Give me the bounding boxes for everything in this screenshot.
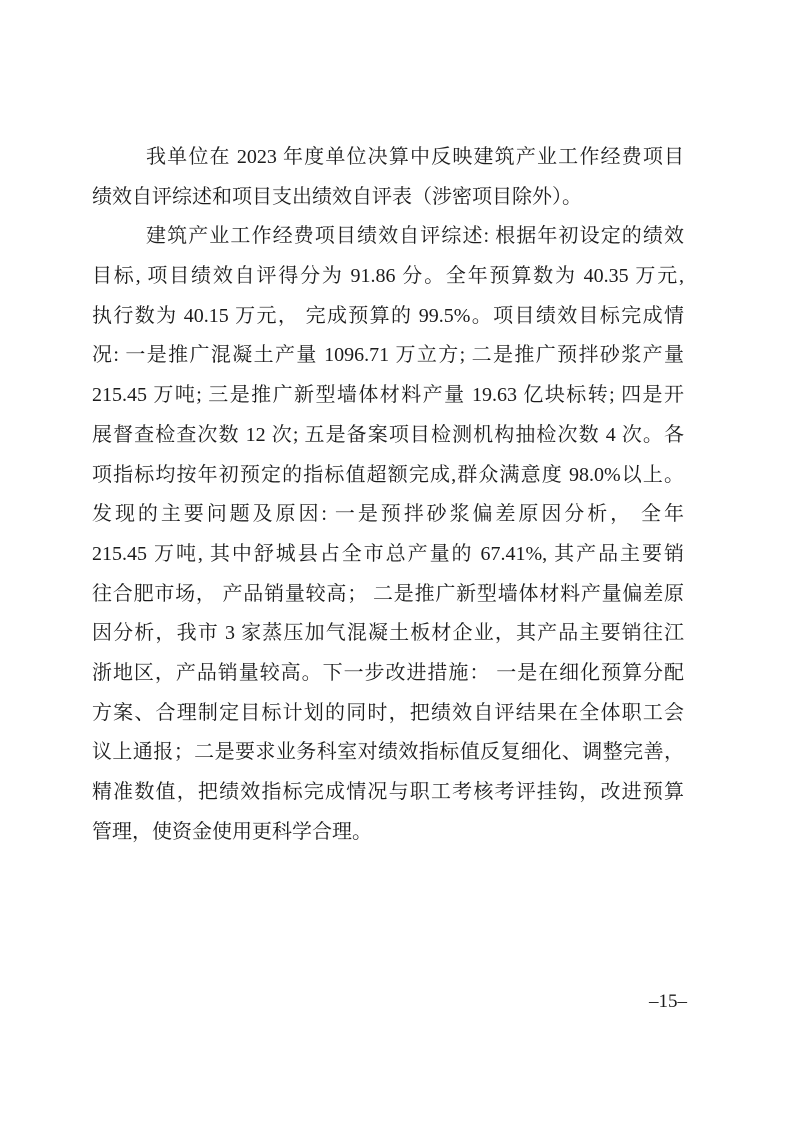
text-line: 往合肥市场， 产品销量较高； 二是推广新型墙体材料产量偏差原 bbox=[92, 575, 684, 615]
text-line: 发现的主要问题及原因: 一是预拌砂浆偏差原因分析， 全年 bbox=[92, 495, 684, 535]
page-number: –15– bbox=[646, 991, 690, 1013]
text-line: 浙地区，产品销量较高。下一步改进措施： 一是在细化预算分配 bbox=[92, 654, 684, 694]
text-line: 我单位在 2023 年度单位决算中反映建筑产业工作经费项目 bbox=[92, 138, 684, 178]
text-line: 展督查检查次数 12 次; 五是备案项目检测机构抽检次数 4 次。各 bbox=[92, 416, 684, 456]
text-line: 建筑产业工作经费项目绩效自评综述: 根据年初设定的绩效 bbox=[92, 217, 684, 257]
text-line: 目标, 项目绩效自评得分为 91.86 分。全年预算数为 40.35 万元, bbox=[92, 257, 684, 297]
text-line: 方案、合理制定目标计划的同时，把绩效自评结果在全体职工会 bbox=[92, 694, 684, 734]
text-line: 议上通报；二是要求业务科室对绩效指标值反复细化、调整完善， bbox=[92, 733, 684, 773]
text-line: 管理，使资金使用更科学合理。 bbox=[92, 813, 684, 853]
body-text: 我单位在 2023 年度单位决算中反映建筑产业工作经费项目 绩效自评综述和项目支… bbox=[92, 138, 684, 852]
text-line: 项指标均按年初预定的指标值超额完成,群众满意度 98.0%以上。 bbox=[92, 456, 684, 496]
text-line: 215.45 万吨; 三是推广新型墙体材料产量 19.63 亿块标转; 四是开 bbox=[92, 376, 684, 416]
text-line: 绩效自评综述和项目支出绩效自评表（涉密项目除外）。 bbox=[92, 178, 684, 218]
document-page: 我单位在 2023 年度单位决算中反映建筑产业工作经费项目 绩效自评综述和项目支… bbox=[0, 0, 793, 1122]
text-line: 执行数为 40.15 万元， 完成预算的 99.5%。项目绩效目标完成情 bbox=[92, 297, 684, 337]
text-line: 精准数值，把绩效指标完成情况与职工考核考评挂钩，改进预算 bbox=[92, 773, 684, 813]
text-line: 因分析，我市 3 家蒸压加气混凝土板材企业，其产品主要销往江 bbox=[92, 614, 684, 654]
text-line: 215.45 万吨, 其中舒城县占全市总产量的 67.41%, 其产品主要销 bbox=[92, 535, 684, 575]
text-line: 况: 一是推广混凝土产量 1096.71 万立方; 二是推广预拌砂浆产量 bbox=[92, 336, 684, 376]
